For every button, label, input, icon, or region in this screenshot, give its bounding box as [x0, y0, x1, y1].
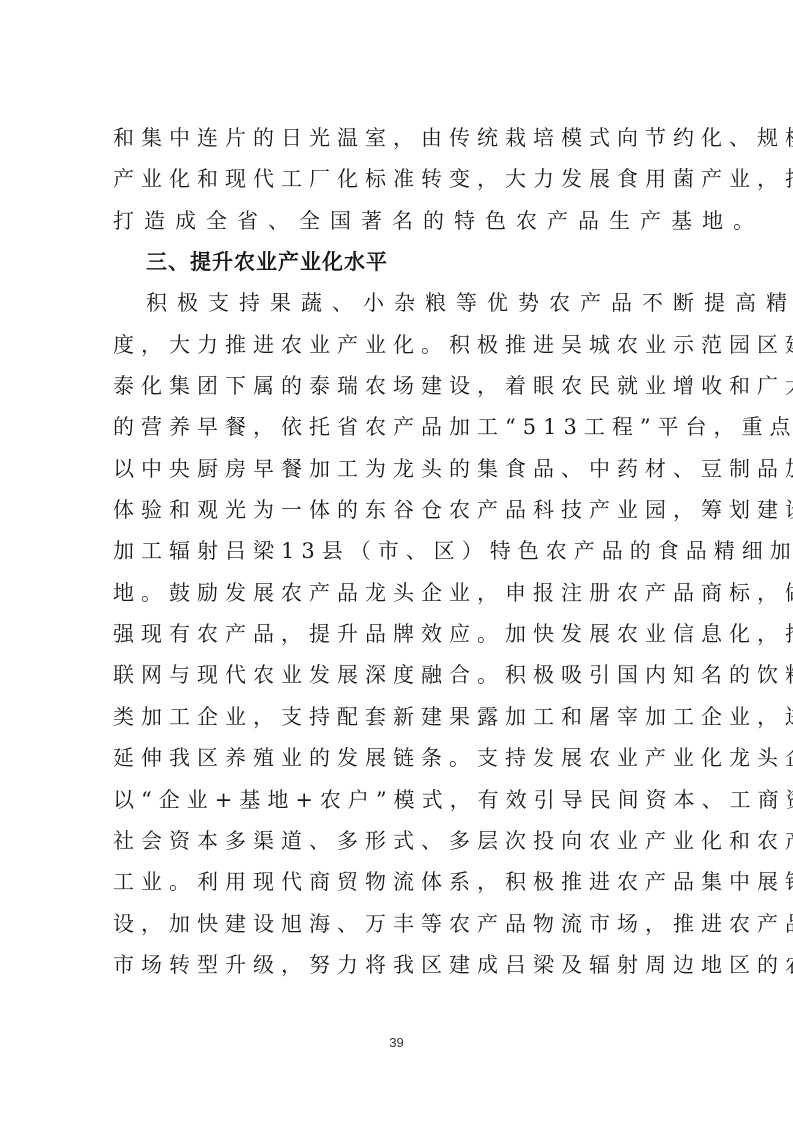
text-line: 强现有农产品，提升品牌效应。加快发展农业信息化，推进互: [113, 614, 683, 655]
text-line: 体验和观光为一体的东谷仓农产品科技产业园，筹划建设集中: [113, 490, 683, 531]
text-line: 设，加快建设旭海、万丰等农产品物流市场，推进农产品批发: [113, 904, 683, 945]
paragraph-first-line: 积极支持果蔬、小杂粮等优势农产品不断提高精深加工: [113, 283, 683, 324]
text-line: 以中央厨房早餐加工为龙头的集食品、中药材、豆制品加工、: [113, 449, 683, 490]
text-line: 加工辐射吕梁13县（市、区）特色农产品的食品精细加工基: [113, 531, 683, 572]
text-line: 地。鼓励发展农产品龙头企业，申报注册农产品商标，做大做: [113, 573, 683, 614]
text-line: 以“企业+基地+农户”模式，有效引导民间资本、工商资本等: [113, 780, 683, 821]
text-line: 的营养早餐，依托省农产品加工“513工程”平台，重点建设: [113, 407, 683, 448]
text-line: 延伸我区养殖业的发展链条。支持发展农业产业化龙头企业，: [113, 738, 683, 779]
section-heading: 三、提升农业产业化水平: [113, 242, 683, 283]
text-line: 类加工企业，支持配套新建果露加工和屠宰加工企业，进一步: [113, 697, 683, 738]
text-line: 打造成全省、全国著名的特色农产品生产基地。: [113, 201, 683, 242]
text-line: 社会资本多渠道、多形式、多层次投向农业产业化和农产品加: [113, 821, 683, 862]
text-line: 市场转型升级，努力将我区建成吕梁及辐射周边地区的农产品: [113, 945, 683, 986]
text-line: 产业化和现代工厂化标准转变，大力发展食用菌产业，把我区: [113, 159, 683, 200]
text-line: 联网与现代农业发展深度融合。积极吸引国内知名的饮料、肉: [113, 655, 683, 696]
page-number: 39: [0, 1035, 793, 1050]
text-line: 和集中连片的日光温室，由传统栽培模式向节约化、规模化、: [113, 118, 683, 159]
text-line: 工业。利用现代商贸物流体系，积极推进农产品集中展销园建: [113, 862, 683, 903]
text-line: 度，大力推进农业产业化。积极推进吴城农业示范园区建设和: [113, 325, 683, 366]
text-line: 泰化集团下属的泰瑞农场建设，着眼农民就业增收和广大市民: [113, 366, 683, 407]
document-body: 和集中连片的日光温室，由传统栽培模式向节约化、规模化、 产业化和现代工厂化标准转…: [113, 118, 683, 986]
